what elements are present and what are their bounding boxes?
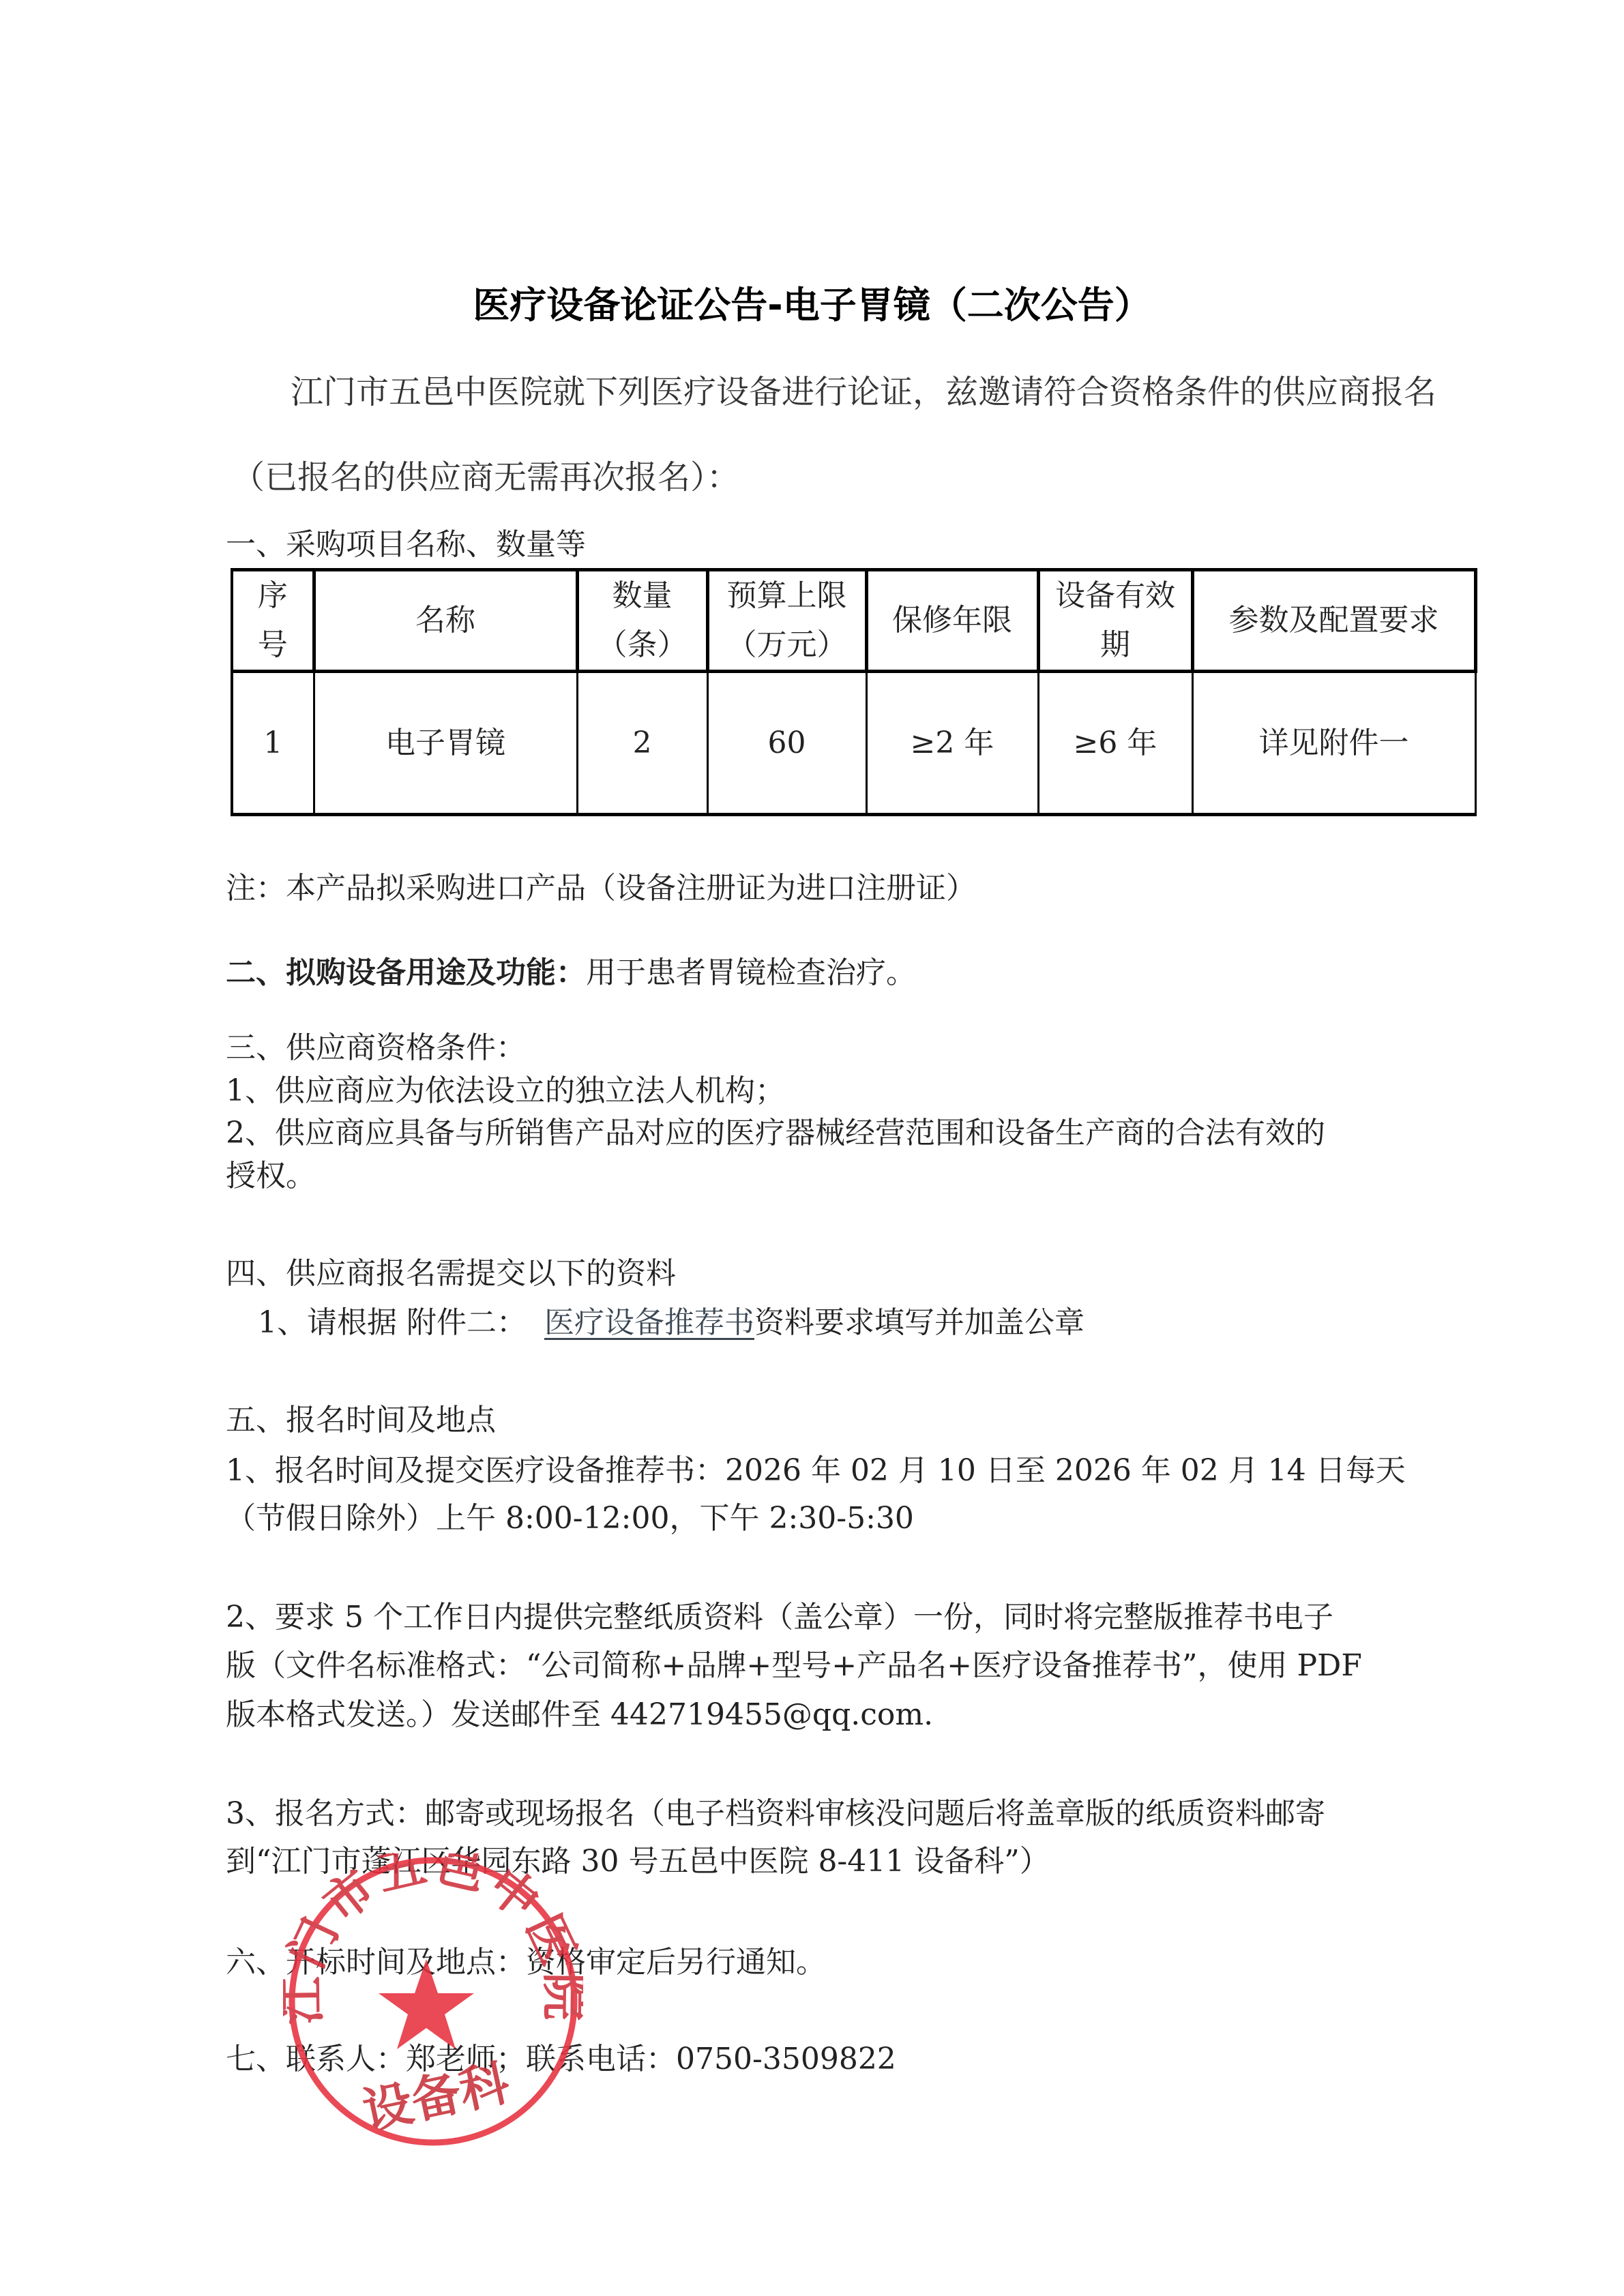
cell-budget: 60 xyxy=(707,672,866,815)
header-quantity: 数量（条） xyxy=(577,570,707,672)
cell-quantity: 2 xyxy=(577,672,707,815)
section-4-heading: 四、供应商报名需提交以下的资料 xyxy=(226,1253,676,1295)
table-header-row: 序号 名称 数量（条） 预算上限（万元） 保修年限 设备有效期 参数及配置要求 xyxy=(232,570,1475,672)
section-2-text: 用于患者胃镜检查治疗。 xyxy=(586,955,916,990)
section-3-item-1: 1、供应商应为依法设立的独立法人机构； xyxy=(226,1070,785,1112)
section-1-heading: 一、采购项目名称、数量等 xyxy=(226,524,586,566)
header-validity: 设备有效期 xyxy=(1038,570,1192,672)
cell-index: 1 xyxy=(232,672,314,815)
section-5-item-3-line-1: 3、报名方式：邮寄或现场报名（电子档资料审核没问题后将盖章版的纸质资料邮寄 xyxy=(226,1793,1325,1835)
header-index: 序号 xyxy=(232,570,314,672)
section-2: 二、拟购设备用途及功能：用于患者胃镜检查治疗。 xyxy=(226,952,916,994)
recommendation-form-link[interactable]: 医疗设备推荐书 xyxy=(544,1305,754,1340)
section-5-item-2-line-1: 2、要求 5 个工作日内提供完整纸质资料（盖公章）一份，同时将完整版推荐书电子 xyxy=(226,1596,1333,1639)
section-5-item-1-line-2: （节假日除外）上午 8:00-12:00，下午 2:30-5:30 xyxy=(226,1497,914,1540)
header-warranty: 保修年限 xyxy=(866,570,1038,672)
section-2-heading: 二、拟购设备用途及功能： xyxy=(226,955,586,990)
header-specs: 参数及配置要求 xyxy=(1192,570,1475,672)
document-page: 医疗设备论证公告-电子胃镜（二次公告） 江门市五邑中医院就下列医疗设备进行论证，… xyxy=(0,0,1624,2296)
header-budget: 预算上限（万元） xyxy=(707,570,866,672)
seal-ring xyxy=(292,1860,574,2143)
table-row: 1 电子胃镜 2 60 ≥2 年 ≥6 年 详见附件一 xyxy=(232,672,1475,815)
cell-name: 电子胃镜 xyxy=(314,672,577,815)
section-5-item-1-line-1: 1、报名时间及提交医疗设备推荐书：2026 年 02 月 10 日至 2026 … xyxy=(226,1450,1406,1492)
section-5-heading: 五、报名时间及地点 xyxy=(226,1399,496,1442)
section-6: 六、开标时间及地点：资格审定后另行通知。 xyxy=(226,1941,826,1984)
intro-line-1: 江门市五邑中医院就下列医疗设备进行论证，兹邀请符合资格条件的供应商报名 xyxy=(291,372,1436,413)
procurement-table: 序号 名称 数量（条） 预算上限（万元） 保修年限 设备有效期 参数及配置要求 … xyxy=(231,568,1477,816)
cell-warranty: ≥2 年 xyxy=(866,672,1038,815)
section-4-item-1-suffix: 资料要求填写并加盖公章 xyxy=(754,1305,1084,1340)
header-name: 名称 xyxy=(314,570,577,672)
section-7-contact: 七、联系人：郑老师；联系电话：0750-3509822 xyxy=(226,2038,896,2081)
section-4-item-1: 1、请根据 附件二：医疗设备推荐书资料要求填写并加盖公章 xyxy=(258,1302,1084,1344)
intro-line-2: （已报名的供应商无需再次报名）： xyxy=(232,457,739,498)
section-4-item-1-prefix: 1、请根据 附件二： xyxy=(258,1305,527,1340)
section-5-item-2-line-3: 版本格式发送。）发送邮件至 442719455@qq.com. xyxy=(226,1694,933,1736)
section-3-item-2-line-1: 2、供应商应具备与所销售产品对应的医疗器械经营范围和设备生产商的合法有效的 xyxy=(226,1112,1325,1154)
official-seal: 江门市五邑中医院 设备科 xyxy=(283,1853,583,2153)
section-5-item-3-line-2: 到“江门市蓬江区华园东路 30 号五邑中医院 8-411 设备科”） xyxy=(226,1840,1050,1883)
import-note: 注：本产品拟采购进口产品（设备注册证为进口注册证） xyxy=(226,867,976,910)
cell-validity: ≥6 年 xyxy=(1038,672,1192,815)
section-5-item-2-line-2: 版（文件名标准格式：“公司简称+品牌+型号+产品名+医疗设备推荐书”，使用 PD… xyxy=(226,1645,1362,1687)
section-3-heading: 三、供应商资格条件： xyxy=(226,1027,526,1069)
page-title: 医疗设备论证公告-电子胃镜（二次公告） xyxy=(0,281,1624,330)
section-3-item-2-line-2: 授权。 xyxy=(226,1155,316,1197)
cell-specs: 详见附件一 xyxy=(1192,672,1475,815)
